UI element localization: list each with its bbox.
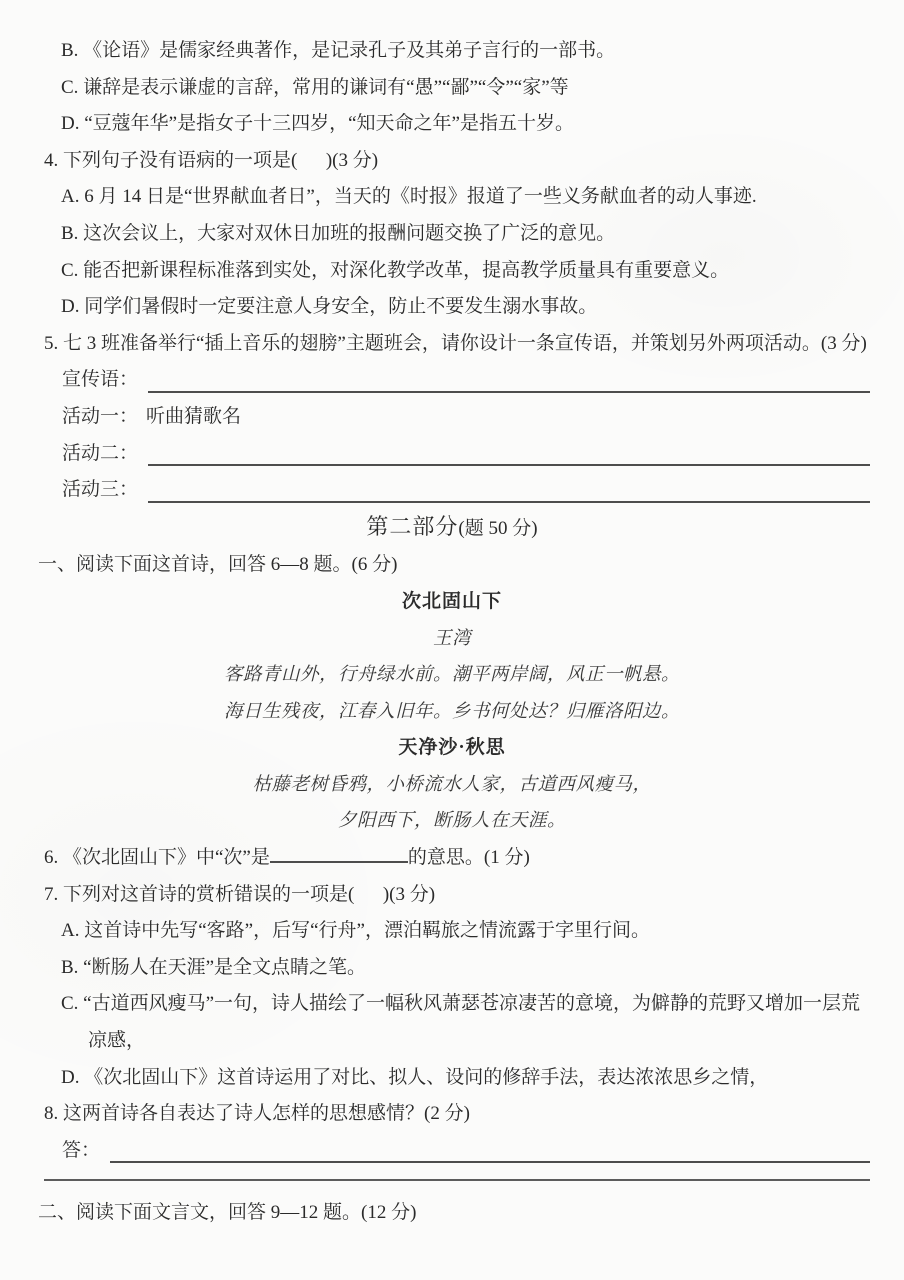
question-6-stem: 6. 《次北固山下》中“次”是的意思。(1 分): [44, 840, 870, 877]
question-5-stem: 5. 七 3 班准备举行“插上音乐的翅膀”主题班会，请你设计一条宣传语，并策划另…: [44, 326, 870, 363]
section-1-instruction: 一、阅读下面这首诗，回答 6—8 题。(6 分): [38, 547, 870, 584]
q4-option-c: C. 能否把新课程标准落到实处，对深化教学改革，提高教学质量具有重要意义。: [61, 253, 870, 290]
poem-1-title: 次北固山下: [34, 584, 870, 621]
activity-1-label: 活动一：: [62, 399, 138, 436]
poem-1-line-2: 海日生残夜，江春入旧年。乡书何处达？归雁洛阳边。: [34, 694, 870, 731]
activity-1-row: 活动一： 听曲猜歌名: [62, 399, 870, 436]
q6-blank-line: [270, 842, 408, 863]
poem-2-title: 天净沙·秋思: [34, 730, 870, 767]
exam-paper-page: B. 《论语》是儒家经典著作，是记录孔子及其弟子言行的一部书。 C. 谦辞是表示…: [0, 0, 904, 1280]
q3-option-d: D. “豆蔻年华”是指女子十三四岁，“知天命之年”是指五十岁。: [61, 106, 870, 143]
q4-option-a: A. 6 月 14 日是“世界献血者日”，当天的《时报》报道了一些义务献血者的动…: [61, 179, 870, 216]
question-4-stem: 4. 下列句子没有语病的一项是( )(3 分): [44, 143, 870, 180]
poem-1-author: 王湾: [34, 621, 870, 658]
poem-2-line-1: 枯藤老树昏鸦，小桥流水人家，古道西风瘦马，: [34, 767, 870, 804]
poem-2-line-2: 夕阳西下，断肠人在天涯。: [34, 803, 870, 840]
question-7-stem: 7. 下列对这首诗的赏析错误的一项是( )(3 分): [44, 877, 870, 914]
slogan-label: 宣传语：: [62, 362, 138, 399]
part-2-heading: 第二部分(题 50 分): [34, 509, 870, 548]
q7-option-a: A. 这首诗中先写“客路”，后写“行舟”，漂泊羁旅之情流露于字里行间。: [61, 913, 870, 950]
q3-option-b: B. 《论语》是儒家经典著作，是记录孔子及其弟子言行的一部书。: [61, 33, 870, 70]
section-2-instruction: 二、阅读下面文言文，回答 9—12 题。(12 分): [38, 1195, 870, 1232]
q8-answer-label: 答：: [62, 1133, 100, 1170]
q3-option-c: C. 谦辞是表示谦虚的言辞，常用的谦词有“愚”“鄙”“令”“家”等: [61, 70, 870, 107]
q8-answer-row: 答：: [62, 1133, 870, 1170]
q4-option-b: B. 这次会议上，大家对双休日加班的报酬问题交换了广泛的意见。: [61, 216, 870, 253]
slogan-row: 宣传语：: [62, 362, 870, 399]
q4-option-d: D. 同学们暑假时一定要注意人身安全，防止不要发生溺水事故。: [61, 289, 870, 326]
poem-1-line-1: 客路青山外，行舟绿水前。潮平两岸阔，风正一帆悬。: [34, 657, 870, 694]
q8-answer-second-line: [44, 1179, 870, 1181]
q7-option-b: B. “断肠人在天涯”是全文点睛之笔。: [61, 950, 870, 987]
activity-3-label: 活动三：: [62, 472, 138, 509]
activity-2-row: 活动二：: [62, 436, 870, 473]
activity-3-row: 活动三：: [62, 472, 870, 509]
question-8-stem: 8. 这两首诗各自表达了诗人怎样的思想感情？(2 分): [44, 1096, 870, 1133]
activity-3-blank-line: [148, 472, 870, 503]
q6-text-after-blank: 的意思。(1 分): [408, 847, 530, 868]
q8-answer-blank-line: [110, 1133, 870, 1164]
activity-2-label: 活动二：: [62, 436, 138, 473]
q6-text-before-blank: 6. 《次北固山下》中“次”是: [44, 847, 270, 868]
part-2-heading-main: 第二部分: [366, 514, 458, 539]
q7-option-d: D. 《次北固山下》这首诗运用了对比、拟人、设问的修辞手法，表达浓浓思乡之情，: [61, 1060, 870, 1097]
q7-option-c: C. “古道西风瘦马”一句，诗人描绘了一幅秋风萧瑟苍凉凄苦的意境，为僻静的荒野又…: [34, 986, 870, 1059]
activity-1-value: 听曲猜歌名: [146, 399, 241, 436]
activity-2-blank-line: [148, 436, 870, 467]
part-2-heading-score: (题 50 分): [458, 518, 537, 539]
slogan-blank-line: [148, 362, 870, 393]
